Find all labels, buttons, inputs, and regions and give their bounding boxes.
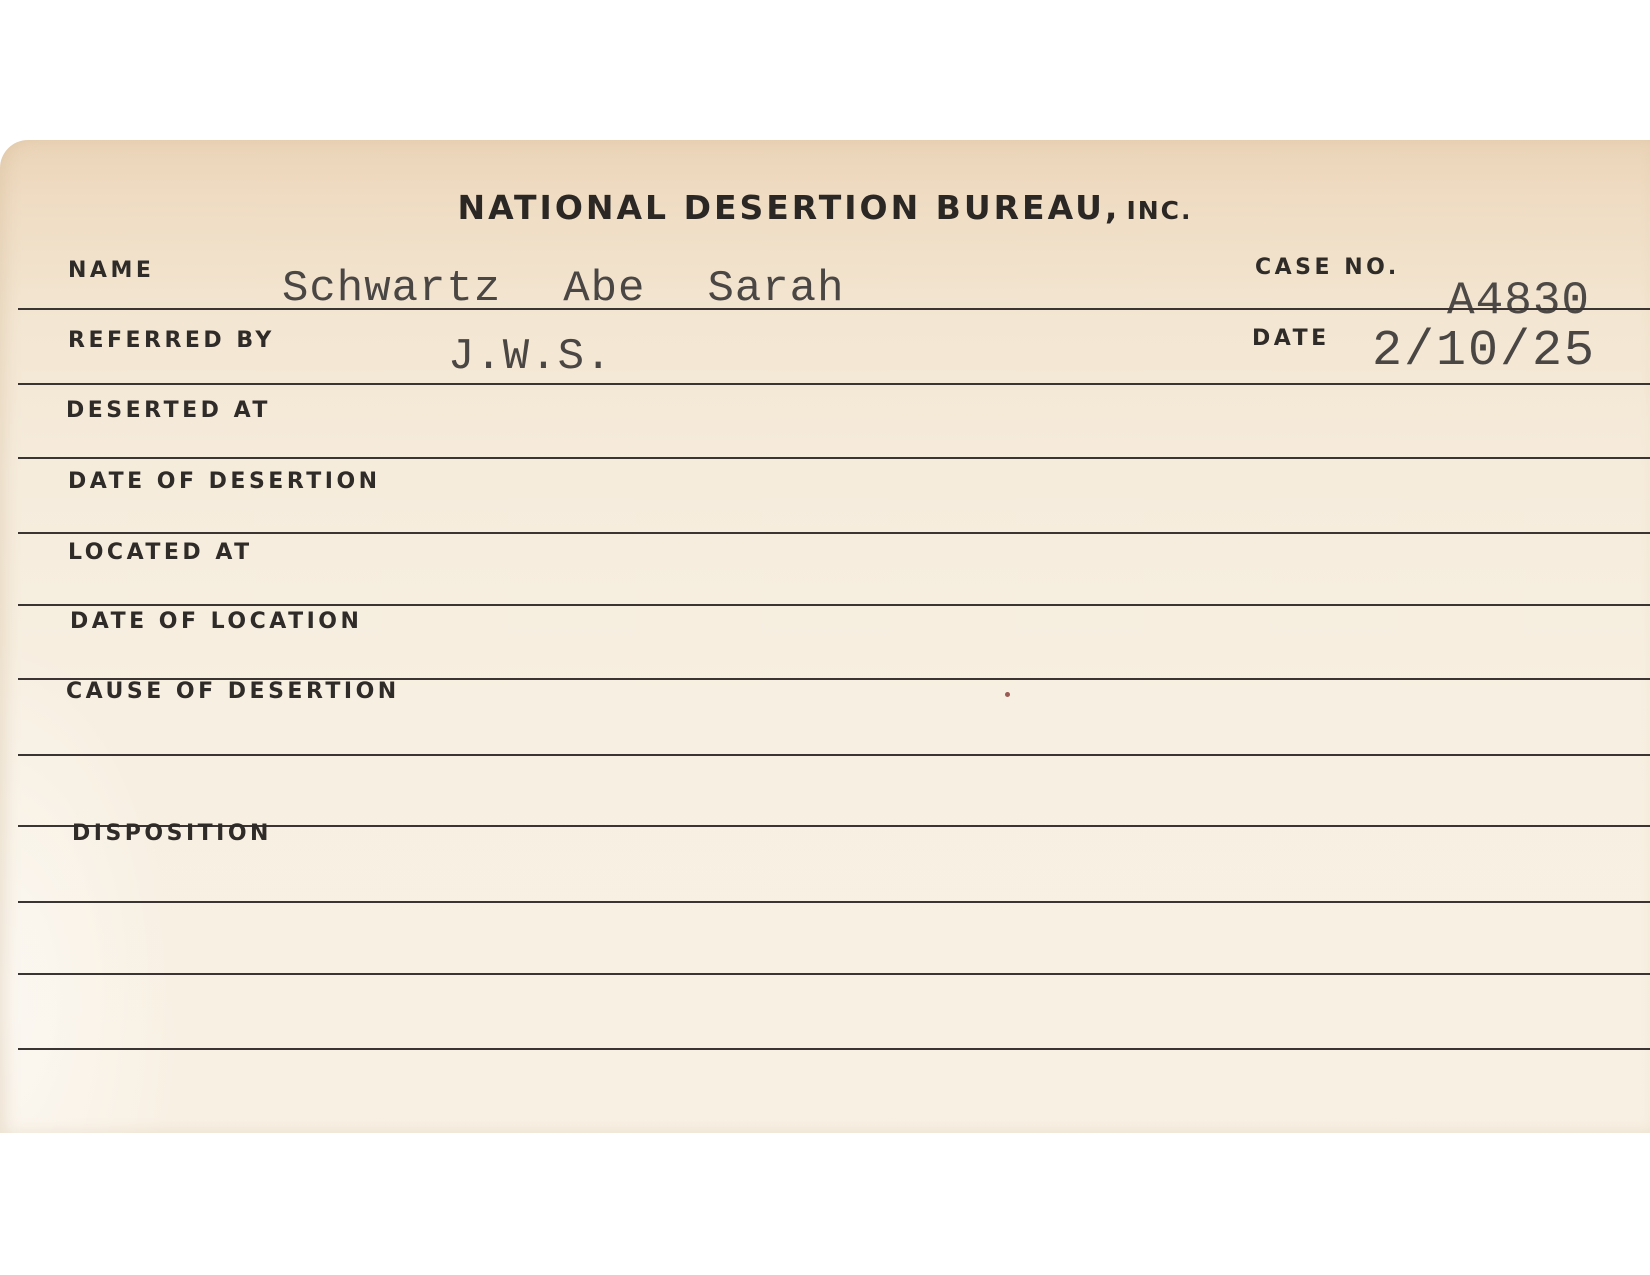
date-of-desertion-rule (18, 532, 1650, 534)
name-surname: Schwartz (282, 264, 501, 314)
disposition-rule-2 (18, 973, 1650, 975)
referred-by-value: J.W.S. (448, 332, 612, 382)
located-at-label: LOCATED AT (68, 540, 253, 565)
located-at-rule (18, 604, 1650, 606)
name-first-husband: Abe (563, 264, 645, 314)
cause-of-desertion-rule (18, 754, 1650, 756)
name-rule (18, 308, 1650, 310)
cause-of-desertion-label: CAUSE OF DESERTION (66, 679, 400, 704)
name-value: SchwartzAbeSarah (282, 264, 844, 314)
name-first-wife: Sarah (707, 264, 844, 314)
referred-by-label: REFERRED BY (68, 328, 275, 353)
card-title-main: NATIONAL DESERTION BUREAU, (457, 188, 1120, 227)
disposition-rule (18, 901, 1650, 903)
case-no-label: CASE NO. (1255, 255, 1400, 280)
date-value: 2/10/25 (1372, 323, 1596, 380)
name-label: NAME (68, 258, 154, 283)
date-label: DATE (1252, 326, 1330, 351)
card-title: NATIONAL DESERTION BUREAU,INC. (0, 188, 1650, 227)
referred-by-rule (18, 383, 1650, 385)
date-of-location-label: DATE OF LOCATION (70, 609, 362, 634)
index-card: NATIONAL DESERTION BUREAU,INC. NAME Schw… (0, 140, 1650, 1133)
document-page: NATIONAL DESERTION BUREAU,INC. NAME Schw… (0, 0, 1650, 1275)
deserted-at-rule (18, 457, 1650, 459)
ink-speck (1005, 692, 1010, 697)
disposition-rule-3 (18, 1048, 1650, 1050)
deserted-at-label: DESERTED AT (66, 398, 271, 423)
case-no-value: A4830 (1447, 275, 1590, 327)
disposition-label: DISPOSITION (72, 821, 272, 846)
date-of-desertion-label: DATE OF DESERTION (68, 469, 381, 494)
card-title-suffix: INC. (1126, 196, 1192, 225)
